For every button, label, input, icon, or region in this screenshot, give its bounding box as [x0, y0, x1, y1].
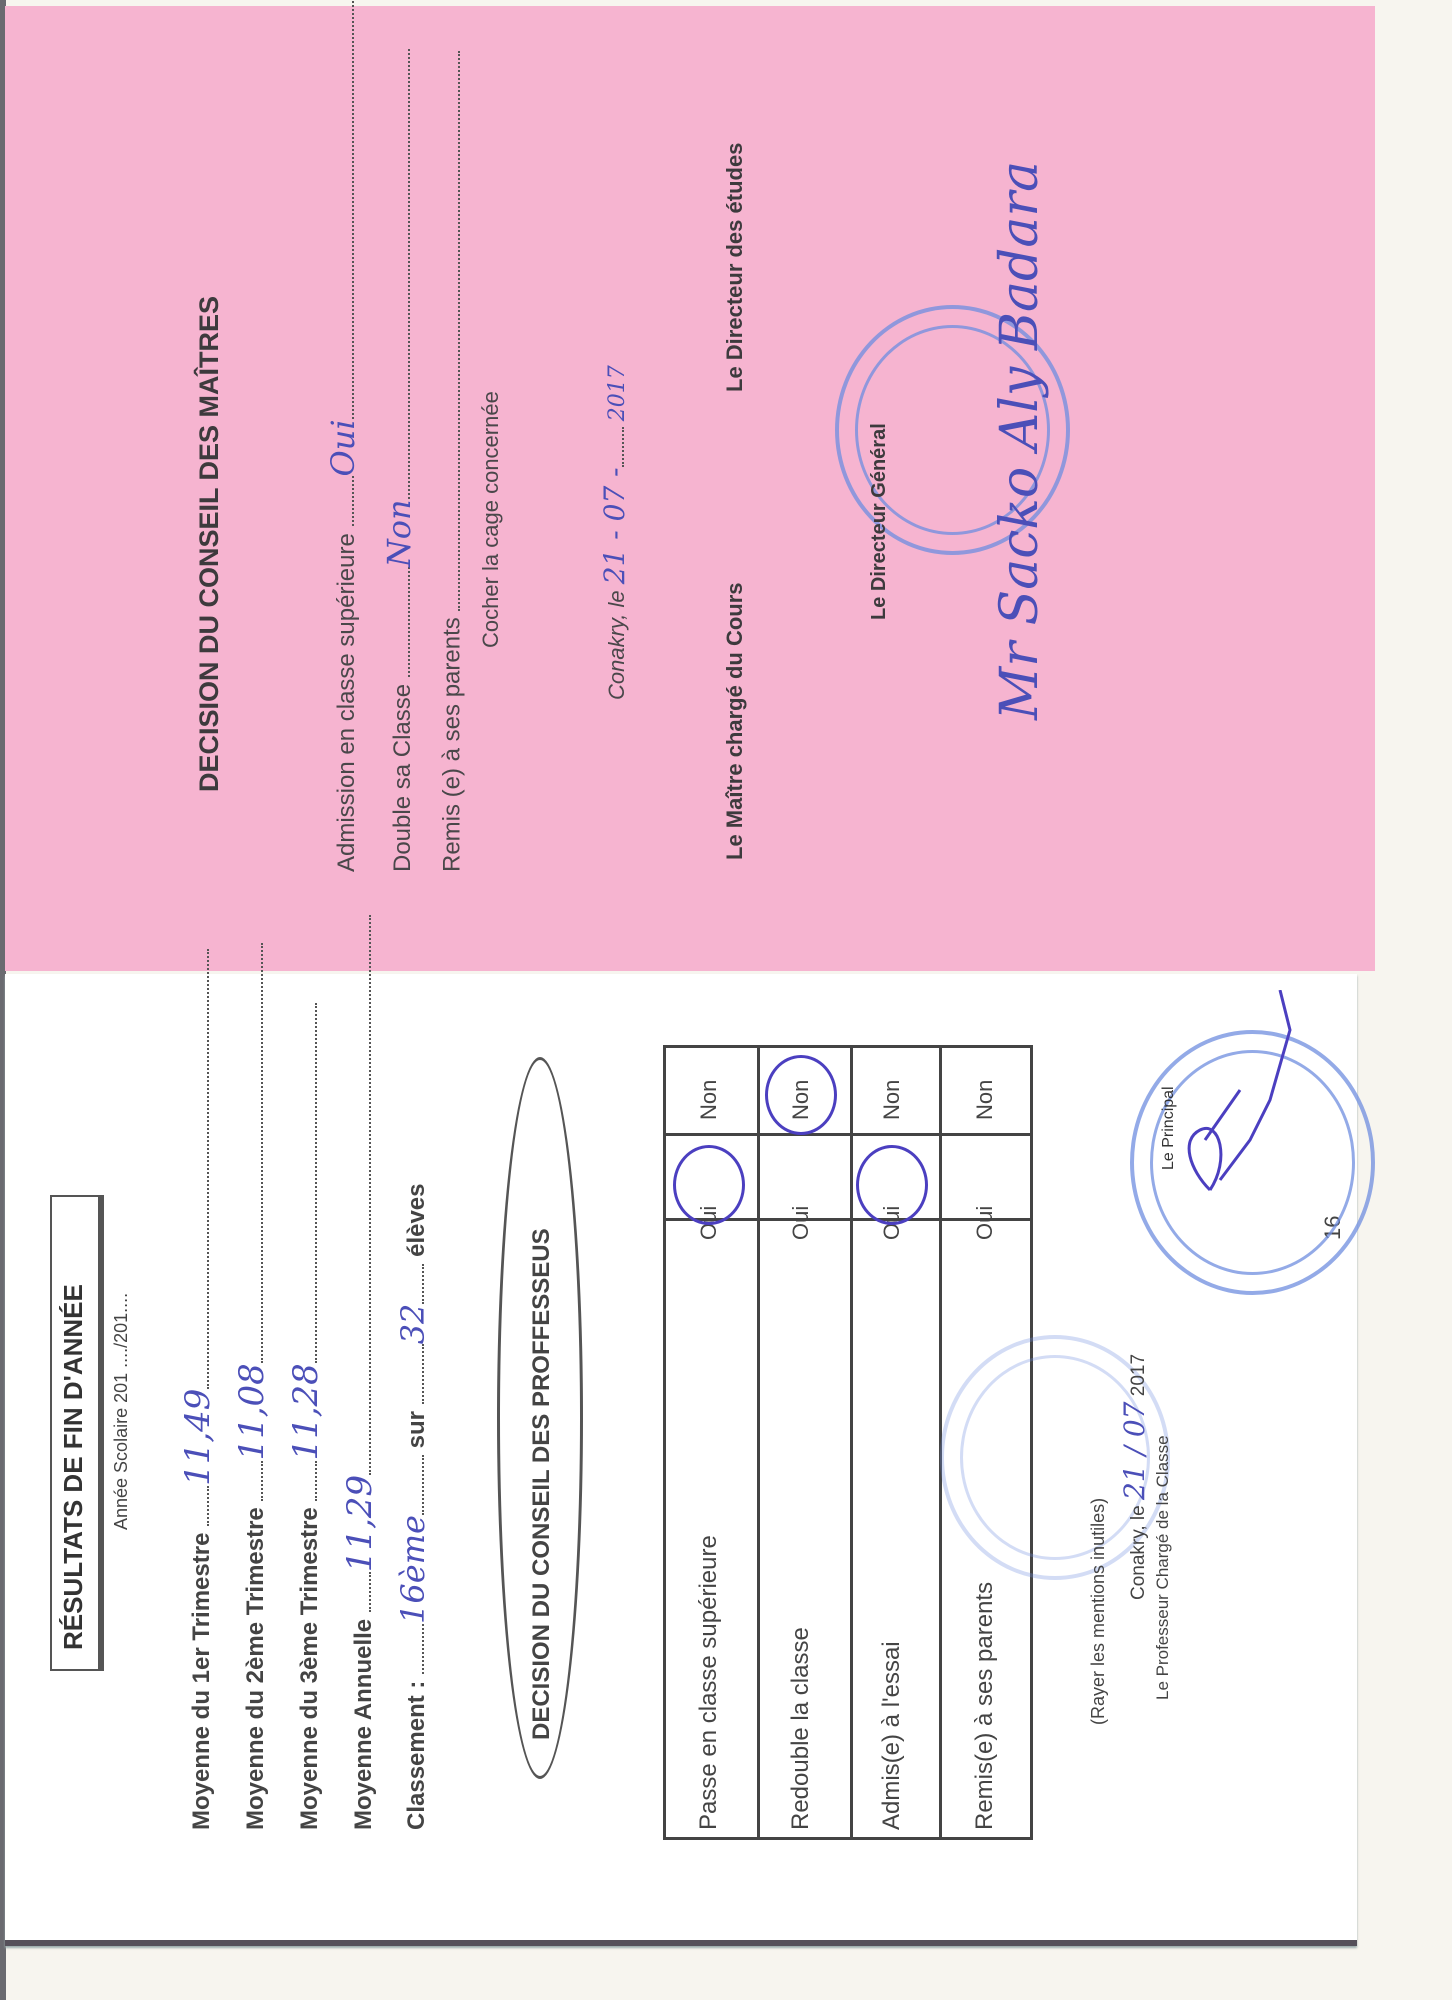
resultats-title: RÉSULTATS DE FIN D'ANNÉE — [58, 1284, 89, 1650]
field-admission: Admission en classe supérieure Oui — [324, 0, 362, 872]
decision-label: Remis(e) à ses parents — [971, 1582, 999, 1830]
field-double-label: Double sa Classe — [389, 684, 416, 872]
field-double-classe: Double sa Classe Non — [380, 49, 418, 872]
decision-label: Admis(e) à l'essai — [878, 1641, 906, 1830]
field-remis-label: Remis (e) à ses parents — [439, 617, 466, 872]
decision-non: Non — [972, 1080, 998, 1120]
field-admission-label: Admission en classe supérieure — [333, 533, 360, 872]
professeur-label: Le Professeur Chargé de la Classe — [1153, 1435, 1173, 1700]
average-row-2: Moyenne du 2ème Trimestre 11,08 — [232, 943, 272, 1830]
bottom-date: Conakry, le 21 / 07 2017 — [1118, 1354, 1151, 1600]
field-remis-parents: Remis (e) à ses parents — [436, 51, 467, 872]
average-3-value: 11,28 — [286, 1363, 326, 1460]
signatory-maitre: Le Maître chargé du Cours — [722, 582, 748, 860]
instruction-text: Cocher la cage concernée — [478, 391, 504, 648]
circled-choice-mark — [673, 1145, 745, 1225]
conseil-professeurs-title: DECISION DU CONSEIL DES PROFFESSEUS — [528, 1228, 556, 1740]
average-annual-value: 11,29 — [340, 1475, 380, 1572]
circled-choice-mark — [856, 1145, 928, 1225]
average-1-value: 11,49 — [178, 1389, 218, 1486]
average-row-3: Moyenne du 3ème Trimestre 11,28 — [286, 1003, 326, 1830]
school-year: Année Scolaire 201 ..../201.... — [111, 1293, 132, 1530]
signatory-directeur-etudes: Le Directeur des études — [722, 143, 748, 392]
decision-non: Non — [696, 1080, 722, 1120]
average-2-value: 11,08 — [232, 1363, 272, 1460]
decision-oui: Oui — [972, 1206, 998, 1240]
top-date: Conakry, le 21 - 07 - 2017 — [598, 365, 631, 700]
handwritten-signature: Mr Sacko Aly Badara — [990, 161, 1050, 720]
field-admission-value: Oui — [324, 419, 362, 476]
principal-signature — [1150, 990, 1300, 1230]
conseil-maitres-title: DECISION DU CONSEIL DES MAÎTRES — [194, 296, 225, 792]
circled-choice-mark — [765, 1055, 837, 1135]
decision-label: Passe en classe supérieure — [695, 1535, 723, 1830]
average-row-1: Moyenne du 1er Trimestre 11,49 — [178, 949, 218, 1830]
average-row-annual: Moyenne Annuelle 11,29 — [340, 915, 380, 1830]
ranking-row: Classement : 16ème sur 32 élèves — [394, 1184, 432, 1831]
ranking-total: 32 — [394, 1304, 432, 1345]
bottom-date-value: 21 / 07 — [1118, 1402, 1151, 1501]
decision-label: Redouble la classe — [787, 1627, 815, 1830]
ranking-value: 16ème — [394, 1515, 432, 1624]
top-date-value: 21 - 07 - — [598, 467, 631, 584]
signatory-directeur-general: Le Directeur Général — [868, 423, 891, 620]
decision-oui: Oui — [788, 1206, 814, 1240]
decision-non: Non — [879, 1080, 905, 1120]
field-double-value: Non — [380, 499, 418, 567]
strike-note: (Rayer les mentions inutiles) — [1088, 1498, 1109, 1725]
